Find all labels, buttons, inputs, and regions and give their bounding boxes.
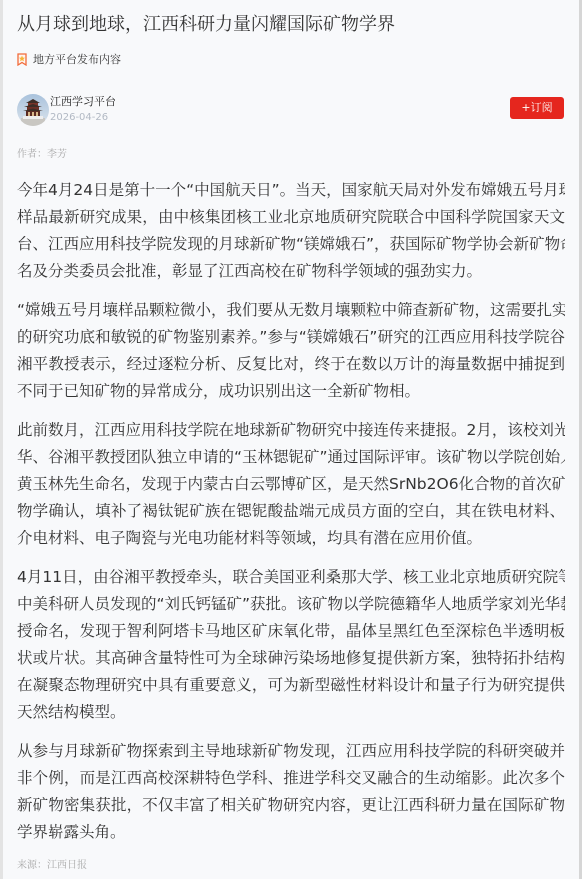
article-title: 从月球到地球，江西科研力量闪耀国际矿物学界: [17, 12, 565, 38]
text-line: 非个例，而是江西高校深耕特色学科、推进学科交叉融合的生动缩影。此次多个: [17, 765, 565, 792]
author-byline: 作者：李芳: [17, 148, 67, 162]
subscribe-button[interactable]: +订阅: [510, 97, 564, 119]
text-line: 名及分类委员会批准，彰显了江西高校在矿物科学领域的强劲实力。: [17, 258, 565, 285]
publish-date: 2026-04-26: [50, 110, 108, 125]
publisher-row: 江西学习平台 2026-04-26 +订阅: [17, 94, 565, 128]
text-line: 介电材料、电子陶瓷与光电功能材料等领域，均具有潜在应用价值。: [17, 525, 565, 552]
text-line: 中美科研人员发现的“刘氏钙锰矿”获批。该矿物以学院德籍华人地质学家刘光华教: [17, 591, 565, 618]
pavilion-avatar-icon: [17, 94, 49, 126]
article-source: 来源：江西日报: [17, 858, 565, 874]
text-line: 状或片状。其高砷含量特性可为全球砷污染场地修复提供新方案，独特拓扑结构: [17, 645, 565, 672]
text-line: 学界崭露头角。: [17, 819, 565, 846]
bookmark-star-icon: [17, 51, 27, 70]
publisher-avatar[interactable]: [17, 94, 49, 126]
text-line: 华、谷湘平教授团队独立申请的“玉林锶铌矿”通过国际评审。该矿物以学院创始人: [17, 444, 565, 471]
text-line: 新矿物密集获批，不仅丰富了相关矿物研究内容，更让江西科研力量在国际矿物: [17, 792, 565, 819]
article-body: 今年4月24日是第十一个“中国航天日”。当天，国家航天局对外发布嫦娥五号月球 样…: [17, 177, 565, 874]
text-line: 4月11日，由谷湘平教授牵头，联合美国亚利桑那大学、核工业北京地质研究院等: [17, 564, 565, 591]
text-line: 从参与月球新矿物探索到主导地球新矿物发现，江西应用科技学院的科研突破并: [17, 738, 565, 765]
platform-tag-label: 地方平台发布内容: [33, 52, 121, 68]
platform-tag: 地方平台发布内容: [17, 52, 121, 68]
left-window-edge: [0, 0, 3, 879]
text-line: 此前数月，江西应用科技学院在地球新矿物研究中接连传来捷报。2月，该校刘光: [17, 417, 565, 444]
publisher-name[interactable]: 江西学习平台: [50, 94, 116, 110]
text-line: 黄玉林先生命名，发现于内蒙古白云鄂博矿区，是天然SrNb2O6化合物的首次矿: [17, 471, 565, 498]
text-line: 台、江西应用科技学院发现的月球新矿物“镁嫦娥石”，获国际矿物学协会新矿物命: [17, 231, 565, 258]
text-line: 湘平教授表示，经过逐粒分析、反复比对，终于在数以万计的海量数据中捕捉到: [17, 351, 565, 378]
paragraph-2: “嫦娥五号月壤样品颗粒微小，我们要从无数月壤颗粒中筛查新矿物，这需要扎实 的研究…: [17, 297, 565, 405]
text-line: 授命名，发现于智利阿塔卡马地区矿床氧化带，晶体呈黑红色至深棕色半透明板: [17, 618, 565, 645]
paragraph-4: 4月11日，由谷湘平教授牵头，联合美国亚利桑那大学、核工业北京地质研究院等 中美…: [17, 564, 565, 726]
text-line: 物学确认，填补了褐钛铌矿族在锶铌酸盐端元成员方面的空白，其在铁电材料、: [17, 498, 565, 525]
text-line: “嫦娥五号月壤样品颗粒微小，我们要从无数月壤颗粒中筛查新矿物，这需要扎实: [17, 297, 565, 324]
paragraph-1: 今年4月24日是第十一个“中国航天日”。当天，国家航天局对外发布嫦娥五号月球 样…: [17, 177, 565, 285]
text-line: 不同于已知矿物的异常成分，成功识别出这一全新矿物相。: [17, 378, 565, 405]
paragraph-3: 此前数月，江西应用科技学院在地球新矿物研究中接连传来捷报。2月，该校刘光 华、谷…: [17, 417, 565, 552]
text-line: 今年4月24日是第十一个“中国航天日”。当天，国家航天局对外发布嫦娥五号月球: [17, 177, 565, 204]
text-line: 天然结构模型。: [17, 699, 565, 726]
text-line: 在凝聚态物理研究中具有重要意义，可为新型磁性材料设计和量子行为研究提供: [17, 672, 565, 699]
paragraph-5: 从参与月球新矿物探索到主导地球新矿物发现，江西应用科技学院的科研突破并 非个例，…: [17, 738, 565, 846]
text-line: 的研究功底和敏锐的矿物鉴别素养。”参与“镁嫦娥石”研究的江西应用科技学院谷: [17, 324, 565, 351]
text-line: 样品最新研究成果，由中核集团核工业北京地质研究院联合中国科学院国家天文: [17, 204, 565, 231]
